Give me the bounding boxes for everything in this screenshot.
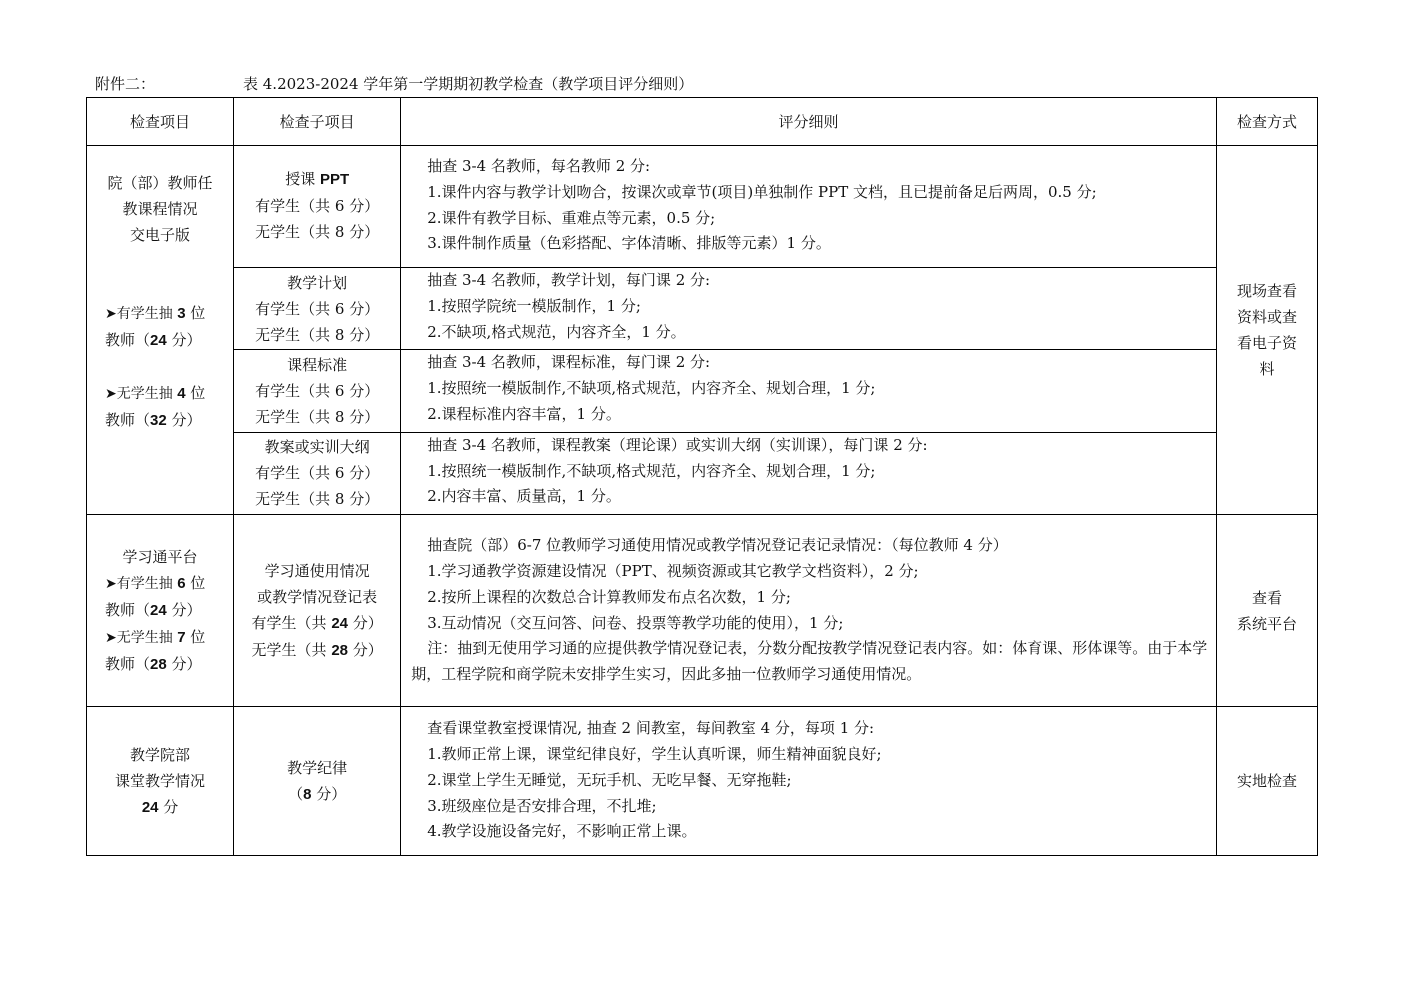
table-caption: 附件二：表 4.2023-2024 学年第一学期期初教学检查（教学项目评分细则） <box>95 73 693 94</box>
rule-line: 抽查 3-4 名教师，课程教案（理论课）或实训大纲（实训课），每门课 2 分: <box>411 433 1208 459</box>
rules-lesson-plan: 抽查 3-4 名教师，课程教案（理论课）或实训大纲（实训课），每门课 2 分: … <box>401 432 1217 514</box>
with-students-points: 教师（24 分） <box>87 597 233 624</box>
subitem-title: 学习通使用情况 <box>234 558 400 584</box>
subitem-title: 教案或实训大纲 <box>234 434 400 460</box>
item-title-line: 教课程情况 <box>87 196 233 222</box>
subitem-with-students: 有学生（共 6 分） <box>234 378 400 404</box>
table-row: 教学计划 有学生（共 6 分） 无学生（共 8 分） 抽查 3-4 名教师，教学… <box>87 268 1318 350</box>
method-cell-system: 查看 系统平台 <box>1216 515 1317 707</box>
with-students-sample: ➤有学生抽 6 位 <box>87 570 233 597</box>
rules-xuexitong: 抽查院（部）6-7 位教师学习通使用情况或教学情况登记表记录情况：（每位教师 4… <box>401 515 1217 707</box>
scoring-table: 检查项目 检查子项目 评分细则 检查方式 院（部）教师任 教课程情况 交电子版 … <box>86 97 1318 856</box>
rule-line: 2.按所上课程的次数总合计算教师发布点名次数，1 分; <box>411 585 1208 611</box>
subitem-title: 授课 PPT <box>234 166 400 193</box>
table-row: 学习通平台 ➤有学生抽 6 位 教师（24 分） ➤无学生抽 7 位 教师（28… <box>87 515 1318 707</box>
item-title: 学习通平台 <box>87 544 233 570</box>
subitem-with-students: 有学生（共 6 分） <box>234 296 400 322</box>
rules-teaching-plan: 抽查 3-4 名教师，教学计划，每门课 2 分: 1.按照学院统一模版制作，1 … <box>401 268 1217 350</box>
rule-line: 2.课程标准内容丰富，1 分。 <box>411 402 1208 428</box>
without-students-points: 教师（28 分） <box>87 651 233 678</box>
method-line: 看电子资 <box>1217 330 1317 356</box>
column-header-method: 检查方式 <box>1216 98 1317 146</box>
rule-line: 1.按照统一模版制作,不缺项,格式规范，内容齐全、规划合理，1 分; <box>411 459 1208 485</box>
rule-line: 1.按照统一模版制作,不缺项,格式规范，内容齐全、规划合理，1 分; <box>411 376 1208 402</box>
subitem-title: 教学计划 <box>234 270 400 296</box>
subitem-lesson-plan: 教案或实训大纲 有学生（共 6 分） 无学生（共 8 分） <box>234 432 401 514</box>
column-header-item: 检查项目 <box>87 98 234 146</box>
method-cell-field: 实地检查 <box>1216 707 1317 856</box>
method-line: 料 <box>1217 356 1317 382</box>
rule-line: 1.按照学院统一模版制作，1 分; <box>411 294 1208 320</box>
subitem-title: 或教学情况登记表 <box>234 584 400 610</box>
subitem-without-students: 无学生（共 8 分） <box>234 486 400 512</box>
without-students-sample: ➤无学生抽 4 位 <box>87 380 233 407</box>
item-title-line: 交电子版 <box>87 222 233 248</box>
method-line: 现场查看 <box>1217 278 1317 304</box>
table-row: 院（部）教师任 教课程情况 交电子版 ➤有学生抽 3 位 教师（24 分） ➤无… <box>87 146 1318 268</box>
rule-line: 3.课件制作质量（色彩搭配、字体清晰、排版等元素）1 分。 <box>411 231 1208 257</box>
subitem-with-students: 有学生（共 6 分） <box>234 460 400 486</box>
rule-line: 1.课件内容与教学计划吻合，按课次或章节(项目)单独制作 PPT 文档，且已提前… <box>411 180 1208 206</box>
rules-curriculum-standard: 抽查 3-4 名教师，课程标准，每门课 2 分: 1.按照统一模版制作,不缺项,… <box>401 350 1217 432</box>
item-points: 24 分 <box>87 794 233 821</box>
without-students-points: 教师（32 分） <box>87 407 233 434</box>
table-header-row: 检查项目 检查子项目 评分细则 检查方式 <box>87 98 1318 146</box>
item-cell-electronic: 院（部）教师任 教课程情况 交电子版 ➤有学生抽 3 位 教师（24 分） ➤无… <box>87 146 234 515</box>
table-row: 教案或实训大纲 有学生（共 6 分） 无学生（共 8 分） 抽查 3-4 名教师… <box>87 432 1318 514</box>
item-title-line: 教学院部 <box>87 742 233 768</box>
rule-line: 4.教学设施设备完好，不影响正常上课。 <box>411 819 1208 845</box>
subitem-discipline: 教学纪律 （8 分） <box>234 707 401 856</box>
table-row: 教学院部 课堂教学情况 24 分 教学纪律 （8 分） 查看课堂教室授课情况, … <box>87 707 1318 856</box>
rule-note: 注：抽到无使用学习通的应提供教学情况登记表，分数分配按教学情况登记表内容。如：体… <box>411 636 1208 688</box>
item-cell-classroom: 教学院部 课堂教学情况 24 分 <box>87 707 234 856</box>
subitem-title: 教学纪律 <box>234 755 400 781</box>
rule-line: 3.互动情况（交互问答、问卷、投票等教学功能的使用），1 分; <box>411 611 1208 637</box>
item-cell-xuexitong: 学习通平台 ➤有学生抽 6 位 教师（24 分） ➤无学生抽 7 位 教师（28… <box>87 515 234 707</box>
subitem-without-students: 无学生（共 8 分） <box>234 322 400 348</box>
rule-line: 抽查 3-4 名教师，每名教师 2 分: <box>411 154 1208 180</box>
rule-line: 抽查 3-4 名教师，课程标准，每门课 2 分: <box>411 350 1208 376</box>
rule-line: 2.课件有教学目标、重难点等元素，0.5 分; <box>411 206 1208 232</box>
subitem-points: （8 分） <box>234 781 400 808</box>
rule-line: 抽查院（部）6-7 位教师学习通使用情况或教学情况登记表记录情况：（每位教师 4… <box>411 533 1208 559</box>
rule-line: 抽查 3-4 名教师，教学计划，每门课 2 分: <box>411 268 1208 294</box>
subitem-teaching-plan: 教学计划 有学生（共 6 分） 无学生（共 8 分） <box>234 268 401 350</box>
rule-line: 2.课堂上学生无睡觉，无玩手机、无吃早餐、无穿拖鞋; <box>411 768 1208 794</box>
table-row: 课程标准 有学生（共 6 分） 无学生（共 8 分） 抽查 3-4 名教师，课程… <box>87 350 1318 432</box>
rule-line: 1.学习通教学资源建设情况（PPT、视频资源或其它教学文档资料），2 分; <box>411 559 1208 585</box>
subitem-title: 课程标准 <box>234 352 400 378</box>
subitem-with-students: 有学生（共 6 分） <box>234 193 400 219</box>
method-line: 查看 <box>1217 585 1317 611</box>
rule-line: 3.班级座位是否安排合理，不扎堆; <box>411 794 1208 820</box>
rule-line: 1.教师正常上课，课堂纪律良好，学生认真听课，师生精神面貌良好; <box>411 742 1208 768</box>
document-title: 表 4.2023-2024 学年第一学期期初教学检查（教学项目评分细则） <box>243 75 693 93</box>
rules-discipline: 查看课堂教室授课情况, 抽查 2 间教室，每间教室 4 分，每项 1 分: 1.… <box>401 707 1217 856</box>
rule-line: 2.不缺项,格式规范，内容齐全，1 分。 <box>411 320 1208 346</box>
rule-line: 2.内容丰富、质量高，1 分。 <box>411 484 1208 510</box>
subitem-ppt: 授课 PPT 有学生（共 6 分） 无学生（共 8 分） <box>234 146 401 268</box>
subitem-curriculum-standard: 课程标准 有学生（共 6 分） 无学生（共 8 分） <box>234 350 401 432</box>
subitem-xuexitong-usage: 学习通使用情况 或教学情况登记表 有学生（共 24 分） 无学生（共 28 分） <box>234 515 401 707</box>
attachment-label: 附件二： <box>95 73 243 94</box>
with-students-points: 教师（24 分） <box>87 327 233 354</box>
item-title-line: 院（部）教师任 <box>87 170 233 196</box>
method-cell-onsite: 现场查看 资料或查 看电子资 料 <box>1216 146 1317 515</box>
without-students-sample: ➤无学生抽 7 位 <box>87 624 233 651</box>
with-students-sample: ➤有学生抽 3 位 <box>87 300 233 327</box>
subitem-without-students: 无学生（共 8 分） <box>234 219 400 245</box>
subitem-without-students: 无学生（共 8 分） <box>234 404 400 430</box>
column-header-subitem: 检查子项目 <box>234 98 401 146</box>
method-line: 系统平台 <box>1217 611 1317 637</box>
rules-ppt: 抽查 3-4 名教师，每名教师 2 分: 1.课件内容与教学计划吻合，按课次或章… <box>401 146 1217 268</box>
subitem-without-students: 无学生（共 28 分） <box>234 637 400 664</box>
subitem-with-students: 有学生（共 24 分） <box>234 610 400 637</box>
item-title-line: 课堂教学情况 <box>87 768 233 794</box>
column-header-rules: 评分细则 <box>401 98 1217 146</box>
method-line: 资料或查 <box>1217 304 1317 330</box>
rule-line: 查看课堂教室授课情况, 抽查 2 间教室，每间教室 4 分，每项 1 分: <box>411 716 1208 742</box>
